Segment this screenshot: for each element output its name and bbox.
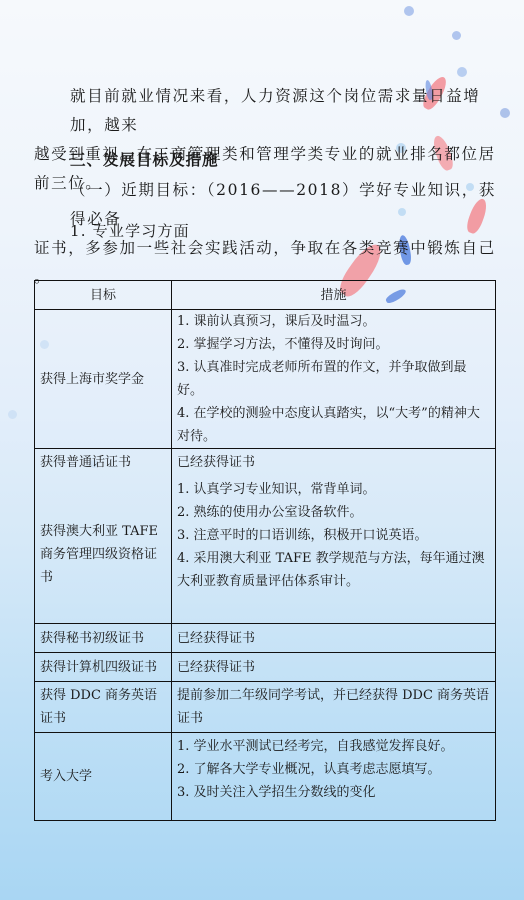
table-row: 获得 DDC 商务英语证书 提前参加二年级同学考试，并已经获得 DDC 商务英语… (35, 682, 496, 733)
measure-item: 1. 课前认真预习，课后及时温习。 (177, 310, 490, 333)
table-row: 获得上海市奖学金 1. 课前认真预习，课后及时温习。 2. 掌握学习方法，不懂得… (35, 310, 496, 449)
goals-measures-table: 目标 措施 获得上海市奖学金 1. 课前认真预习，课后及时温习。 2. 掌握学习… (34, 280, 496, 821)
measures-cell: 提前参加二年级同学考试，并已经获得 DDC 商务英语证书 (172, 682, 496, 733)
measures-cell: 已经获得证书 (172, 624, 496, 653)
measure-item: 3. 认真准时完成老师所布置的作文，并争取做到最好。 (177, 356, 490, 402)
measure-item: 2. 了解各大学专业概况，认真考虑志愿填写。 (177, 758, 490, 781)
measures-cell: 已经获得证书 1. 认真学习专业知识，常背单词。 2. 熟练的使用办公室设备软件… (172, 449, 496, 624)
measure-status: 已经获得证书 (177, 451, 490, 474)
subsection-heading: 1. 专业学习方面 (70, 220, 190, 241)
goal-cell: 获得上海市奖学金 (35, 310, 172, 449)
table-header-row: 目标 措施 (35, 281, 496, 310)
table-row: 获得秘书初级证书 已经获得证书 (35, 624, 496, 653)
measure-item: 2. 熟练的使用办公室设备软件。 (177, 501, 490, 524)
header-goal: 目标 (35, 281, 172, 310)
measure-item: 3. 及时关注入学招生分数线的变化 (177, 781, 490, 804)
document-page: 就目前就业情况来看，人力资源这个岗位需求量日益增加，越来 越受到重视。在工商管理… (0, 0, 524, 900)
measures-cell: 1. 学业水平测试已经考完，自我感觉发挥良好。 2. 了解各大学专业概况，认真考… (172, 733, 496, 821)
header-measures: 措施 (172, 281, 496, 310)
measures-cell: 已经获得证书 (172, 653, 496, 682)
measure-item: 2. 掌握学习方法，不懂得及时询问。 (177, 333, 490, 356)
table-row: 获得普通话证书 获得澳大利亚 TAFE 商务管理四级资格证书 已经获得证书 1.… (35, 449, 496, 624)
measure-item: 3. 注意平时的口语训练，积极开口说英语。 (177, 524, 490, 547)
measure-item: 4. 采用澳大利亚 TAFE 教学规范与方法，每年通过澳大利亚教育质量评估体系审… (177, 547, 490, 593)
goal-cell: 获得普通话证书 获得澳大利亚 TAFE 商务管理四级资格证书 (35, 449, 172, 624)
measure-item: 1. 学业水平测试已经考完，自我感觉发挥良好。 (177, 735, 490, 758)
goal-cell: 获得秘书初级证书 (35, 624, 172, 653)
measure-item: 1. 认真学习专业知识，常背单词。 (177, 478, 490, 501)
table-row: 获得计算机四级证书 已经获得证书 (35, 653, 496, 682)
intro-line-1: 就目前就业情况来看，人力资源这个岗位需求量日益增加，越来 (34, 82, 496, 140)
goal-cell: 考入大学 (35, 733, 172, 821)
table-row: 考入大学 1. 学业水平测试已经考完，自我感觉发挥良好。 2. 了解各大学专业概… (35, 733, 496, 821)
goal-cell: 获得 DDC 商务英语证书 (35, 682, 172, 733)
measures-cell: 1. 课前认真预习，课后及时温习。 2. 掌握学习方法，不懂得及时询问。 3. … (172, 310, 496, 449)
measure-item: 4. 在学校的测验中态度认真踏实，以“大考”的精神大对待。 (177, 402, 490, 448)
goal-putonghua: 获得普通话证书 (40, 451, 166, 474)
section-heading: 三、发展目标及措施 (70, 148, 219, 170)
goal-cell: 获得计算机四级证书 (35, 653, 172, 682)
goal-tafe: 获得澳大利亚 TAFE 商务管理四级资格证书 (40, 520, 166, 589)
